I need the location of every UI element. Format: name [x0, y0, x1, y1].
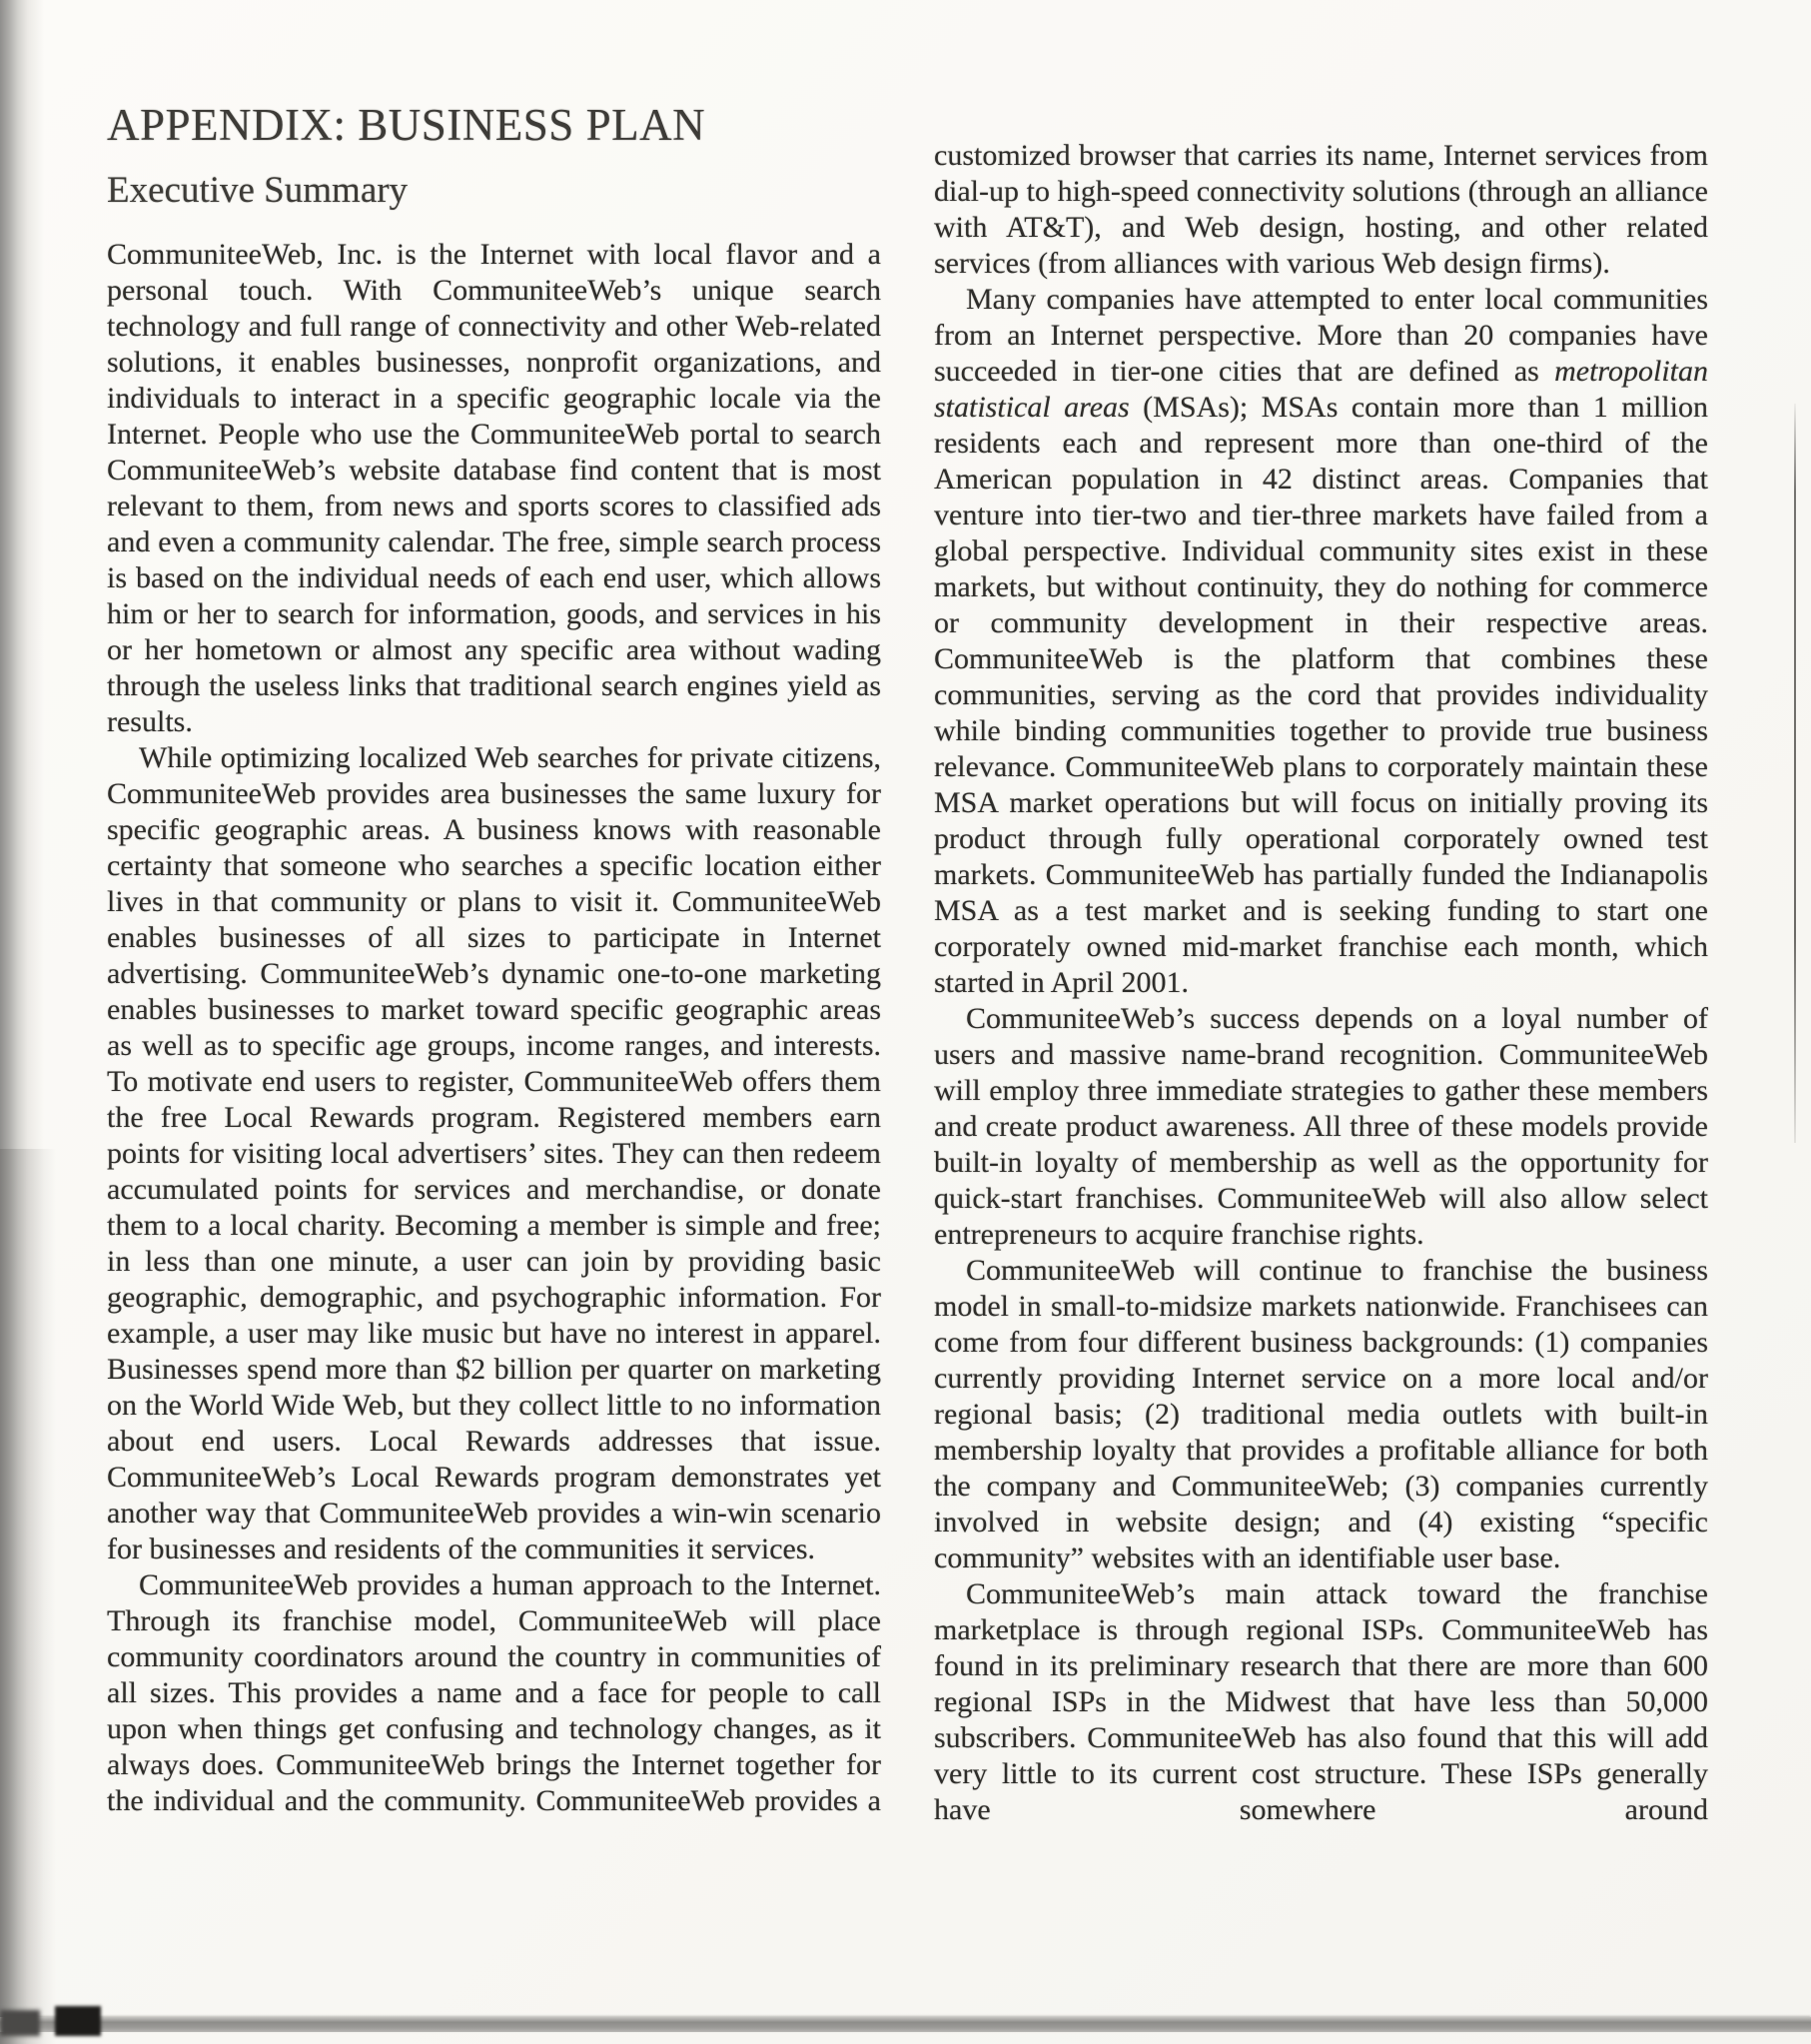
- executive-summary-heading: Executive Summary: [107, 170, 881, 212]
- page-edge-line: [1794, 404, 1796, 1143]
- scan-bottom-dark-blot: [55, 2006, 101, 2036]
- paragraph: customized browser that carries its name…: [934, 138, 1708, 282]
- text-run: CommuniteeWeb provides a human approach …: [107, 1568, 881, 1817]
- paragraph: CommuniteeWeb will continue to franchise…: [934, 1253, 1708, 1576]
- right-column-paragraphs: customized browser that carries its name…: [934, 138, 1708, 1828]
- scan-bottom-corner-shade: [0, 2010, 40, 2036]
- right-text-column: customized browser that carries its name…: [934, 100, 1708, 1828]
- text-run: (MSAs); MSAs contain more than 1 million…: [934, 391, 1708, 999]
- paragraph: Many companies have attempted to enter l…: [934, 282, 1708, 1001]
- scan-gutter-shade-lower: [0, 1149, 70, 2044]
- appendix-title: APPENDIX: BUSINESS PLAN: [107, 100, 881, 150]
- left-text-column: APPENDIX: BUSINESS PLAN Executive Summar…: [107, 100, 881, 1828]
- text-run: While optimizing localized Web searches …: [107, 741, 881, 1565]
- scan-bottom-shadow-bar: [0, 2017, 1811, 2032]
- text-run: CommuniteeWeb’s main attack toward the f…: [934, 1577, 1708, 1826]
- text-run: CommuniteeWeb’s success depends on a loy…: [934, 1002, 1708, 1251]
- paragraph: CommuniteeWeb’s success depends on a loy…: [934, 1001, 1708, 1253]
- scanned-book-page: APPENDIX: BUSINESS PLAN Executive Summar…: [0, 0, 1811, 2044]
- left-column-paragraphs: CommuniteeWeb, Inc. is the Internet with…: [107, 237, 881, 1819]
- text-run: CommuniteeWeb, Inc. is the Internet with…: [107, 238, 881, 738]
- text-run: CommuniteeWeb will continue to franchise…: [934, 1254, 1708, 1574]
- paragraph: CommuniteeWeb’s main attack toward the f…: [934, 1576, 1708, 1828]
- paragraph: While optimizing localized Web searches …: [107, 740, 881, 1567]
- paragraph: CommuniteeWeb, Inc. is the Internet with…: [107, 237, 881, 740]
- page-content: APPENDIX: BUSINESS PLAN Executive Summar…: [107, 100, 1708, 1828]
- text-run: customized browser that carries its name…: [934, 139, 1708, 280]
- paragraph: CommuniteeWeb provides a human approach …: [107, 1567, 881, 1819]
